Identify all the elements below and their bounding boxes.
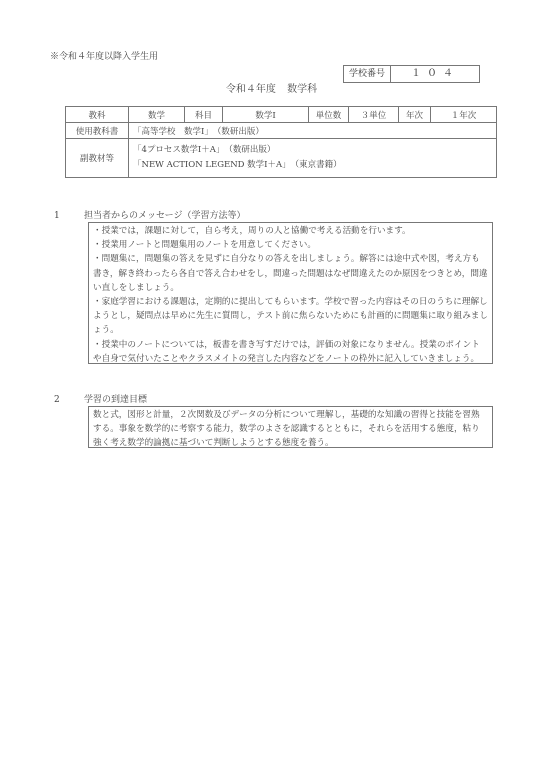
- textbook-value: 「高等学校 数学Ⅰ」 （数研出版）: [129, 123, 497, 139]
- message-item: ・家庭学習における課題は，定期的に提出してもらいます。学校で習った内容はその日の…: [93, 295, 488, 338]
- subject-area-value: 数学: [129, 107, 185, 123]
- section1-number: 1: [54, 211, 84, 221]
- section1-heading: 1担当者からのメッセージ（学習方法等）: [54, 208, 245, 221]
- section2-title: 学習の到達目標: [84, 395, 147, 405]
- section2-goals-box: 数と式，図形と計量，２次関数及びデータの分析について理解し，基礎的な知識の習得と…: [88, 406, 493, 448]
- supplementary-label: 副教材等: [66, 139, 129, 178]
- goals-text: 数と式，図形と計量，２次関数及びデータの分析について理解し，基礎的な知識の習得と…: [93, 408, 488, 451]
- header-note: ※令和４年度以降入学生用: [50, 49, 158, 62]
- message-item: ・問題集に，問題集の答えを見ずに自分なりの答えを出しましょう。解答には途中式や図…: [93, 252, 488, 295]
- subject-area-label: 教科: [66, 107, 129, 123]
- title-department: 数学科: [287, 84, 317, 95]
- section1-message-box: ・授業では，課題に対して，自ら考え，周りの人と協働で考える活動を行います。 ・授…: [88, 222, 493, 364]
- message-item: ・授業用ノートと問題集用のノートを用意してください。: [93, 238, 488, 252]
- textbook-label: 使用教科書: [66, 123, 129, 139]
- course-value: 数学Ⅰ: [223, 107, 309, 123]
- credits-value: ３単位: [349, 107, 399, 123]
- table-row: 教科 数学 科目 数学Ⅰ 単位数 ３単位 年次 １年次: [66, 107, 497, 123]
- course-info-table: 教科 数学 科目 数学Ⅰ 単位数 ３単位 年次 １年次 使用教科書 「高等学校 …: [65, 106, 497, 178]
- section2-heading: 2学習の到達目標: [54, 392, 147, 405]
- supplementary-item: 「4プロセス数学Ⅰ＋A」 （数研出版）: [133, 143, 492, 158]
- section1-title: 担当者からのメッセージ（学習方法等）: [84, 211, 245, 221]
- message-item: ・授業中のノートについては，板書を書き写すだけでは，評価の対象になりません。授業…: [93, 338, 488, 366]
- title-year: 令和４年度: [226, 84, 276, 95]
- course-label: 科目: [185, 107, 223, 123]
- supplementary-list: 「4プロセス数学Ⅰ＋A」 （数研出版） 「NEW ACTION LEGEND 数…: [129, 139, 497, 178]
- credits-label: 単位数: [309, 107, 349, 123]
- page-title: 令和４年度 数学科: [0, 80, 543, 95]
- message-item: ・授業では，課題に対して，自ら考え，周りの人と協働で考える活動を行います。: [93, 224, 488, 238]
- section2-number: 2: [54, 395, 84, 405]
- table-row: 副教材等 「4プロセス数学Ⅰ＋A」 （数研出版） 「NEW ACTION LEG…: [66, 139, 497, 178]
- grade-label: 年次: [399, 107, 431, 123]
- supplementary-item: 「NEW ACTION LEGEND 数学Ⅰ＋A」 （東京書籍）: [133, 158, 492, 173]
- table-row: 使用教科書 「高等学校 数学Ⅰ」 （数研出版）: [66, 123, 497, 139]
- grade-value: １年次: [431, 107, 497, 123]
